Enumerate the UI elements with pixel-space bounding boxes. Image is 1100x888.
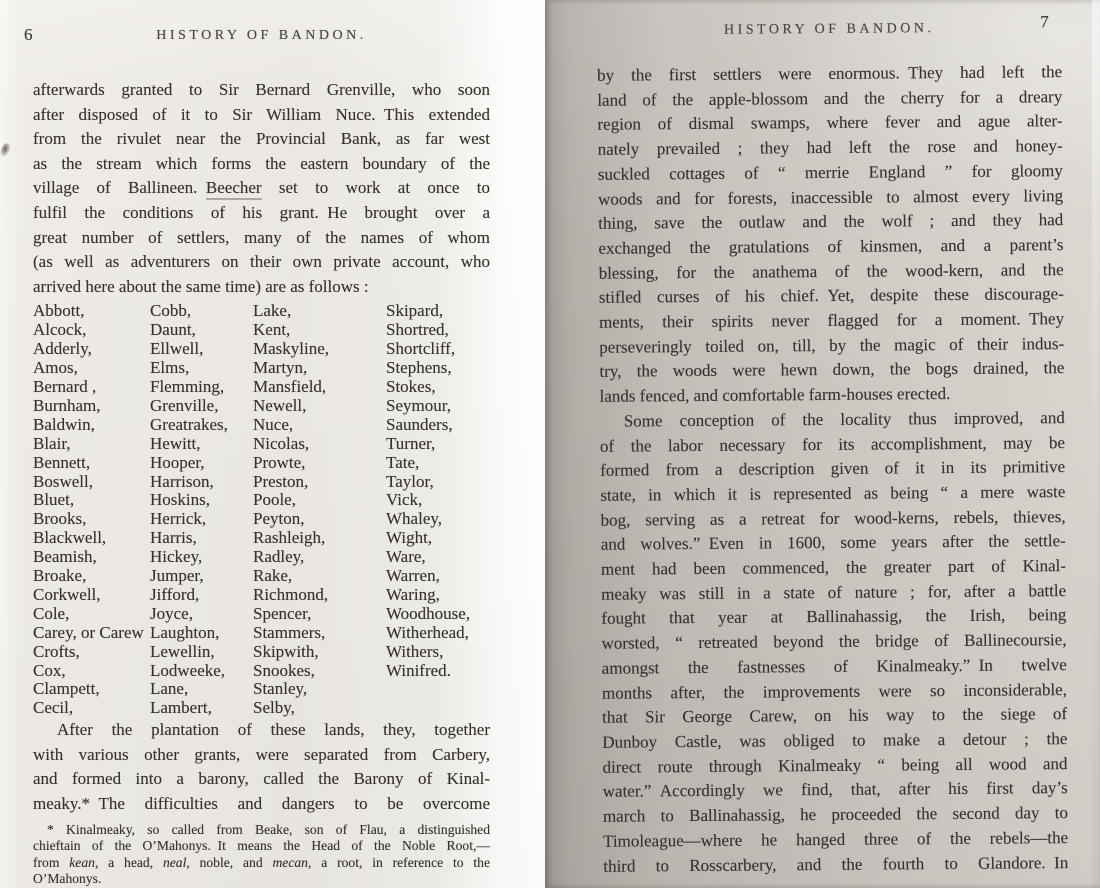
page-left-body: afterwards granted to Sir Bernard Grenvi… [33, 78, 490, 888]
page-right-content: HISTORY OF BANDON. 7 by the first settle… [542, 0, 1100, 888]
name-entry: Hewitt, [150, 435, 253, 454]
name-entry: Boswell, [33, 473, 150, 492]
name-entry: Herrick, [150, 510, 253, 529]
name-entry: Saunders, [386, 416, 490, 435]
text-line: meaky was still in a state of nature ; f… [601, 579, 1066, 607]
name-entry: Lodweeke, [150, 662, 253, 681]
text-line: great number of settlers, many of the na… [33, 226, 490, 251]
name-entry: Elms, [150, 359, 253, 378]
name-entry: Richmond, [253, 586, 386, 605]
closing-paragraphs: After the plantation of these lands, the… [33, 718, 490, 816]
name-entry: Maskyline, [253, 340, 386, 359]
name-entry: Grenville, [150, 397, 253, 416]
paragraph: * Kinalmeaky, so called from Beake, son … [33, 822, 490, 888]
name-entry: Bluet, [33, 491, 150, 510]
text-line: from the rivulet near the Provincial Ban… [33, 127, 490, 152]
name-entry: Snookes, [253, 662, 386, 681]
name-entry: Lane, [150, 680, 253, 699]
name-entry: Tate, [386, 454, 490, 473]
name-entry: Newell, [253, 397, 386, 416]
text-line: thing, save the outlaw and the wolf ; an… [598, 208, 1063, 236]
text-line: and formed into a barony, called the Bar… [33, 767, 490, 792]
text-line: woods and for forests, inaccessible to a… [598, 184, 1063, 212]
text-line: by the first settlers were enormous. The… [597, 60, 1062, 88]
name-entry: Waring, [386, 586, 490, 605]
name-entry: Jumper, [150, 567, 253, 586]
page-right: HISTORY OF BANDON. 7 by the first settle… [545, 0, 1100, 888]
text-line: lands fenced, and comfortable farm-house… [600, 381, 1065, 409]
text-line: afterwards granted to Sir Bernard Grenvi… [33, 78, 490, 103]
name-entry: Lake, [253, 302, 386, 321]
name-entry: Corkwell, [33, 586, 150, 605]
text-line: After the plantation of these lands, the… [33, 718, 490, 743]
name-entry: Brooks, [33, 510, 150, 529]
text-line: region of dismal swamps, where fever and… [597, 110, 1062, 138]
name-entry: Blackwell, [33, 529, 150, 548]
text-line: try, the woods were hewn down, the bogs … [599, 357, 1064, 385]
name-entry: Adderly, [33, 340, 150, 359]
name-entry: Cole, [33, 605, 150, 624]
name-entry: Turner, [386, 435, 490, 454]
text-line: fulfil the conditions of his grant. He b… [33, 201, 490, 226]
text-line: chieftain of the O’Mahonys. It means the… [33, 838, 490, 855]
text-line: Some conception of the locality thus imp… [600, 406, 1065, 434]
text-line: land of the apple-blossom and the cherry… [597, 85, 1062, 113]
page-number-left: 6 [24, 25, 33, 45]
name-entry: Jifford, [150, 586, 253, 605]
ink-smudge [0, 142, 12, 159]
text-line: of the labor necessary for its accomplis… [600, 431, 1065, 459]
text-line: stifled curses of his chief. Yet, despit… [599, 282, 1064, 310]
name-entry: Martyn, [253, 359, 386, 378]
text-line: Timoleague—where he hanged three of the … [603, 826, 1068, 854]
name-entry: Broake, [33, 567, 150, 586]
page-edge-highlight [1092, 0, 1100, 888]
name-entry: Ellwell, [150, 340, 253, 359]
paragraph: Some conception of the locality thus imp… [600, 406, 1069, 879]
text-line: perseveringly toiled on, till, by the ma… [599, 332, 1064, 360]
name-entry: Baldwin, [33, 416, 150, 435]
name-entry: Woodhouse, [386, 605, 490, 624]
paragraph: After the plantation of these lands, the… [33, 718, 490, 816]
name-entry: Stephens, [386, 359, 490, 378]
name-entry: Cobb, [150, 302, 253, 321]
text-line: O’Mahonys. [33, 871, 490, 888]
name-entry: Vick, [386, 491, 490, 510]
name-column-1: Abbott,Alcock,Adderly,Amos,Bernard ,Burn… [33, 302, 150, 718]
name-entry: Lewellin, [150, 643, 253, 662]
name-entry: Cecil, [33, 699, 150, 718]
text-line: arrived here about the same time) are as… [33, 275, 490, 300]
text-line: village of Ballineen. Beecher set to wor… [33, 176, 490, 201]
text-line: suckled cottages of “ merrie England ” f… [598, 159, 1063, 187]
name-entry: Amos, [33, 359, 150, 378]
name-entry: Ware, [386, 548, 490, 567]
text-line: formed from a description given of it in… [600, 455, 1065, 483]
page-right-body: by the first settlers were enormous. The… [597, 60, 1068, 879]
paragraph: afterwards granted to Sir Bernard Grenvi… [33, 78, 490, 299]
name-column-3: Lake,Kent,Maskyline,Martyn,Mansfield,New… [253, 302, 386, 718]
name-entry: Radley, [253, 548, 386, 567]
settler-names-table: Abbott,Alcock,Adderly,Amos,Bernard ,Burn… [33, 302, 490, 718]
text-line: ments, their spirits never flagged for a… [599, 307, 1064, 335]
name-entry: Harrison, [150, 473, 253, 492]
name-entry: Nuce, [253, 416, 386, 435]
running-title-right: HISTORY OF BANDON. [597, 20, 1062, 40]
text-line: fought that year at Ballinahassig, the I… [601, 604, 1066, 632]
name-entry: Spencer, [253, 605, 386, 624]
text-line: (as well as adventurers on their own pri… [33, 250, 490, 275]
page-number-right: 7 [1040, 12, 1049, 32]
name-entry: Burnham, [33, 397, 150, 416]
main-paragraphs: by the first settlers were enormous. The… [597, 60, 1068, 879]
name-entry: Preston, [253, 473, 386, 492]
name-entry: Witherhead, [386, 624, 490, 643]
name-entry: Stammers, [253, 624, 386, 643]
name-entry: Poole, [253, 491, 386, 510]
name-entry: Nicolas, [253, 435, 386, 454]
name-entry: Warren, [386, 567, 490, 586]
name-column-4: Skipard,Shortred,Shortcliff,Stephens,Sto… [386, 302, 490, 718]
text-line: amongst the fastnesses of Kinalmeaky.” I… [602, 653, 1067, 681]
name-entry: Lambert, [150, 699, 253, 718]
name-entry: Rake, [253, 567, 386, 586]
name-column-2: Cobb,Daunt,Ellwell,Elms,Flemming,Grenvil… [150, 302, 253, 718]
name-entry: Daunt, [150, 321, 253, 340]
name-entry: Cox, [33, 662, 150, 681]
name-entry: Whaley, [386, 510, 490, 529]
name-entry: Skipard, [386, 302, 490, 321]
name-entry: Beamish, [33, 548, 150, 567]
text-line: third to Rosscarbery, and the fourth to … [603, 851, 1068, 879]
name-entry: Laughton, [150, 624, 253, 643]
name-entry: Crofts, [33, 643, 150, 662]
name-entry: Clampett, [33, 680, 150, 699]
text-line: with various other grants, were separate… [33, 743, 490, 768]
name-entry: Bennett, [33, 454, 150, 473]
name-entry: Hickey, [150, 548, 253, 567]
name-entry: Alcock, [33, 321, 150, 340]
intro-paragraphs: afterwards granted to Sir Bernard Grenvi… [33, 78, 490, 299]
text-line: after disposed of it to Sir William Nuce… [33, 103, 490, 128]
name-entry: Taylor, [386, 473, 490, 492]
name-entry: Bernard , [33, 378, 150, 397]
text-line: nately prevailed ; they had left the ros… [598, 134, 1063, 162]
text-line: that Sir George Carew, on his way to the… [602, 702, 1067, 730]
text-line: as the stream which forms the eastern bo… [33, 152, 490, 177]
name-entry: Prowte, [253, 454, 386, 473]
text-line: ment had been commenced, the greater par… [601, 554, 1066, 582]
name-entry: Shortred, [386, 321, 490, 340]
name-entry: Blair, [33, 435, 150, 454]
name-entry: Seymour, [386, 397, 490, 416]
text-line: and wolves.” Even in 1600, some years af… [601, 529, 1066, 557]
footnote: * Kinalmeaky, so called from Beake, son … [33, 822, 490, 888]
text-line: blessing, for the anathema of the wood-k… [599, 258, 1064, 286]
name-entry: Hooper, [150, 454, 253, 473]
name-entry: Stokes, [386, 378, 490, 397]
name-entry: Hoskins, [150, 491, 253, 510]
name-entry: Kent, [253, 321, 386, 340]
name-entry: Rashleigh, [253, 529, 386, 548]
text-line: worsted, “ retreated beyond the bridge o… [601, 628, 1066, 656]
running-title-left: HISTORY OF BANDON. [33, 28, 490, 44]
name-entry: Greatrakes, [150, 416, 253, 435]
name-entry: Shortcliff, [386, 340, 490, 359]
name-entry: Mansfield, [253, 378, 386, 397]
name-entry: Selby, [253, 699, 386, 718]
name-entry: Joyce, [150, 605, 253, 624]
text-line: * Kinalmeaky, so called from Beake, son … [33, 822, 490, 839]
text-line: months after, the improvements were so i… [602, 678, 1067, 706]
name-entry: Abbott, [33, 302, 150, 321]
text-line: meaky.* The difficulties and dangers to … [33, 792, 490, 817]
text-line: from kean, a head, neal, noble, and meca… [33, 855, 490, 872]
text-line: direct route through Kinalmeaky “ being … [602, 752, 1067, 780]
text-line: state, in which it is represented as bei… [600, 480, 1065, 508]
name-entry: Flemming, [150, 378, 253, 397]
text-line: exchanged the gratulations of kinsmen, a… [598, 233, 1063, 261]
name-entry: Wight, [386, 529, 490, 548]
page-left: 6 HISTORY OF BANDON. afterwards granted … [0, 0, 545, 888]
name-entry: Stanley, [253, 680, 386, 699]
text-line: Dunboy Castle, was obliged to make a det… [602, 727, 1067, 755]
book-scan: 6 HISTORY OF BANDON. afterwards granted … [0, 0, 1100, 888]
name-entry: Skipwith, [253, 643, 386, 662]
text-line: march to Ballinahassig, he proceeded the… [603, 801, 1068, 829]
name-entry: Peyton, [253, 510, 386, 529]
name-entry: Carey, or Carew [33, 624, 150, 643]
text-line: bog, serving as a retreat for wood-kerns… [600, 505, 1065, 533]
name-entry: Harris, [150, 529, 253, 548]
text-line: water.” Accordingly we find, that, after… [603, 776, 1068, 804]
page-left-content: 6 HISTORY OF BANDON. afterwards granted … [0, 0, 545, 888]
name-entry: Winifred. [386, 662, 490, 681]
paragraph: by the first settlers were enormous. The… [597, 60, 1065, 409]
name-entry: Withers, [386, 643, 490, 662]
